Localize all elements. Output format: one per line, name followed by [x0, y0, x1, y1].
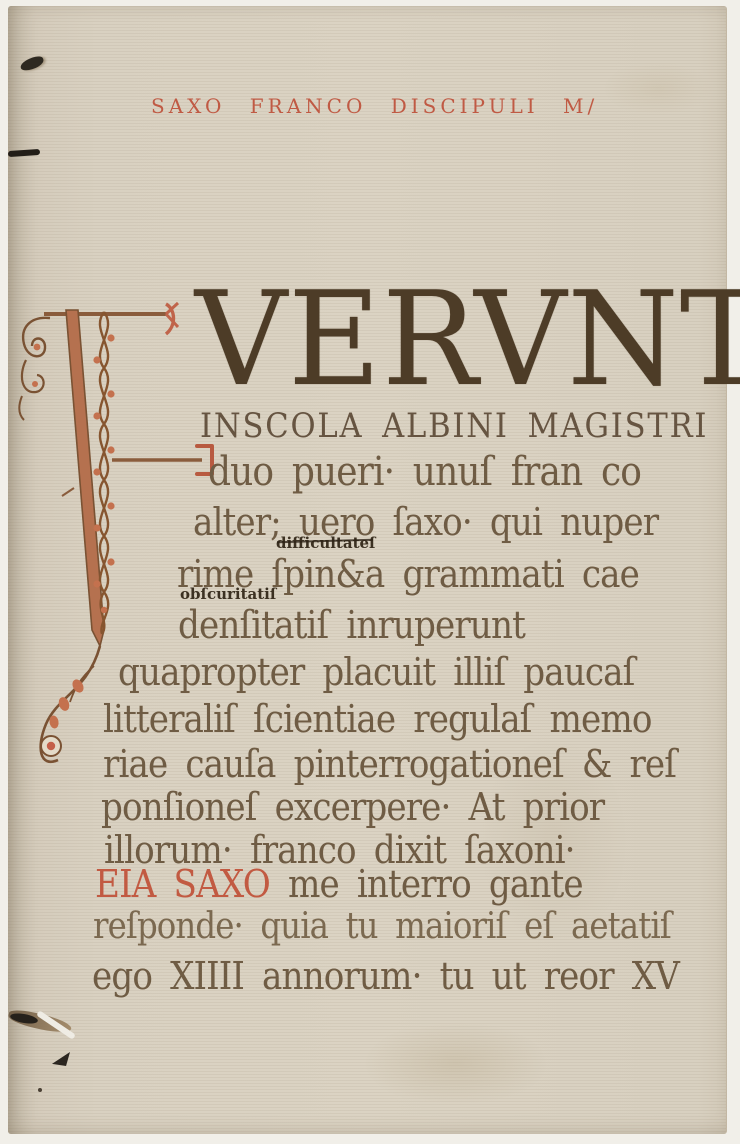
text-line: litteraliſ ſcientiae regulaſ memo	[103, 699, 652, 741]
text-line: denſitatiſ inruperunt	[178, 605, 525, 647]
text-line: ego XIIII annorum· tu ut reor XV	[92, 956, 679, 998]
heading-line: INSCOLA ALBINI MAGISTRI	[200, 406, 708, 446]
rubric-line: SAXO FRANCO DISCIPULI M/	[151, 94, 598, 118]
manuscript-page: SAXO FRANCO DISCIPULI M/	[8, 6, 727, 1134]
interlinear-gloss: obſcuritatiſ	[180, 585, 276, 603]
text-line: EIA SAXO me interro gante	[95, 864, 583, 906]
text-line: alter; uero ſaxo· qui nuper	[193, 502, 658, 544]
display-word: VERVNT	[195, 274, 740, 404]
parchment-stain	[603, 61, 713, 116]
text-line: quapropter placuit illiſ paucaſ	[118, 652, 634, 694]
page-tear-mark	[38, 1088, 42, 1092]
page-tear-mark	[52, 1052, 70, 1066]
page-tear-mark	[8, 149, 40, 157]
text-line: reſponde· quia tu maioriſ eſ aetatiſ	[93, 907, 671, 947]
page-tear-mark	[19, 55, 45, 73]
interlinear-gloss: difficultateſ	[276, 534, 376, 552]
text-line-continuation: me interro gante	[270, 862, 583, 906]
text-line: duo pueri· unuſ fran co	[208, 450, 641, 494]
text-line: riae cauſa pinterrogationeſ & reſ	[103, 744, 676, 786]
red-phrase: EIA SAXO	[95, 862, 270, 906]
text-line: ponſioneſ excerpere· At prior	[101, 787, 604, 829]
parchment-stain	[363, 1021, 548, 1106]
